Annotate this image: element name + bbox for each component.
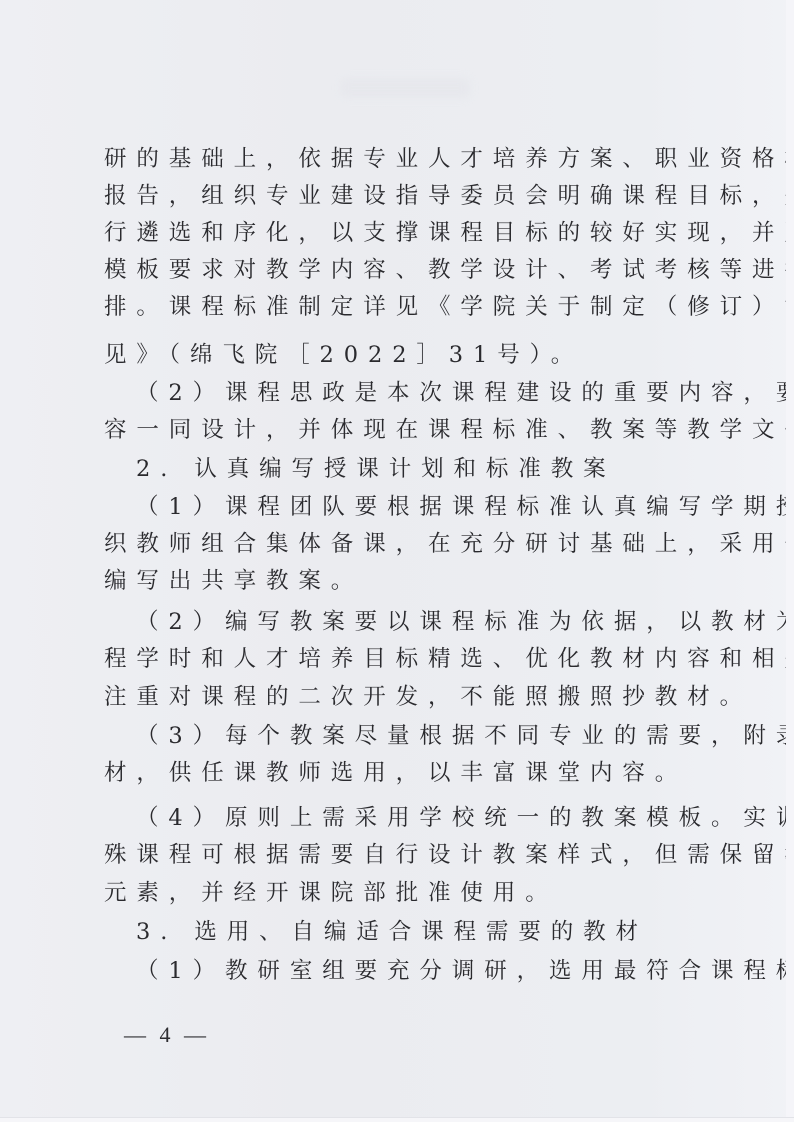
section-heading: 2. 认真编写授课计划和标准教案 xyxy=(136,456,616,482)
text-line: 元素，并经开课院部批准使用。 xyxy=(104,880,558,906)
paragraph-start-line: （3）每个教案尽量根据不同专业的需要，附录多个案例、素 xyxy=(136,723,794,749)
text-line: 见》（绵飞院［2022］31号）。 xyxy=(104,342,583,368)
paragraph-start-line: （1）教研室组要充分调研，选用最符合课程标准的教材； xyxy=(136,958,794,984)
text-line: 编写出共享教案。 xyxy=(104,568,363,594)
text-line: 材，供任课教师选用，以丰富课堂内容。 xyxy=(104,760,687,786)
text-line: 报告，组织专业建设指导委员会明确课程目标，并对课程内容进 xyxy=(104,183,794,209)
paragraph-start-line: （4）原则上需采用学校统一的教案模板。实训课程及其他特 xyxy=(136,805,794,831)
text-line: 排。课程标准制定详见《学院关于制定（修订）课程标准指导意 xyxy=(104,294,794,320)
text-line: 注重对课程的二次开发，不能照搬照抄教材。 xyxy=(104,684,752,710)
document-body: 研的基础上，依据专业人才培养方案、职业资格标准和专业调研 报告，组织专业建设指导… xyxy=(0,0,794,1122)
text-line: 织教师组合集体备课，在充分研讨基础上，采用分工合作的方式， xyxy=(104,531,794,557)
paragraph-start-line: （2）编写教案要以课程标准为依据，以教材为基础，根据课 xyxy=(136,609,794,635)
text-line: 容一同设计，并体现在课程标准、教案等教学文件中。 xyxy=(104,417,794,443)
document-page: 研的基础上，依据专业人才培养方案、职业资格标准和专业调研 报告，组织专业建设指导… xyxy=(0,0,794,1122)
section-heading: 3. 选用、自编适合课程需要的教材 xyxy=(136,919,648,945)
text-line: 模板要求对教学内容、教学设计、考试考核等进行科学合理的安 xyxy=(104,257,794,283)
page-edge-bottom xyxy=(0,1117,794,1122)
paragraph-start-line: （1）课程团队要根据课程标准认真编写学期授课计划，并组 xyxy=(136,494,794,520)
text-line: 行遴选和序化，以支撑课程目标的较好实现，并严格按课程标准 xyxy=(104,220,794,246)
paragraph-start-line: （2）课程思政是本次课程建设的重要内容，要和专业教学内 xyxy=(136,380,794,406)
text-line: 程学时和人才培养目标精选、优化教材内容和相关教学参考资料， xyxy=(104,646,794,672)
text-line: 殊课程可根据需要自行设计教案样式，但需保留教案模板的基础 xyxy=(104,842,794,868)
page-edge-right xyxy=(786,0,794,1122)
page-number: — 4 — xyxy=(124,1022,210,1048)
text-line: 研的基础上，依据专业人才培养方案、职业资格标准和专业调研 xyxy=(104,146,794,172)
